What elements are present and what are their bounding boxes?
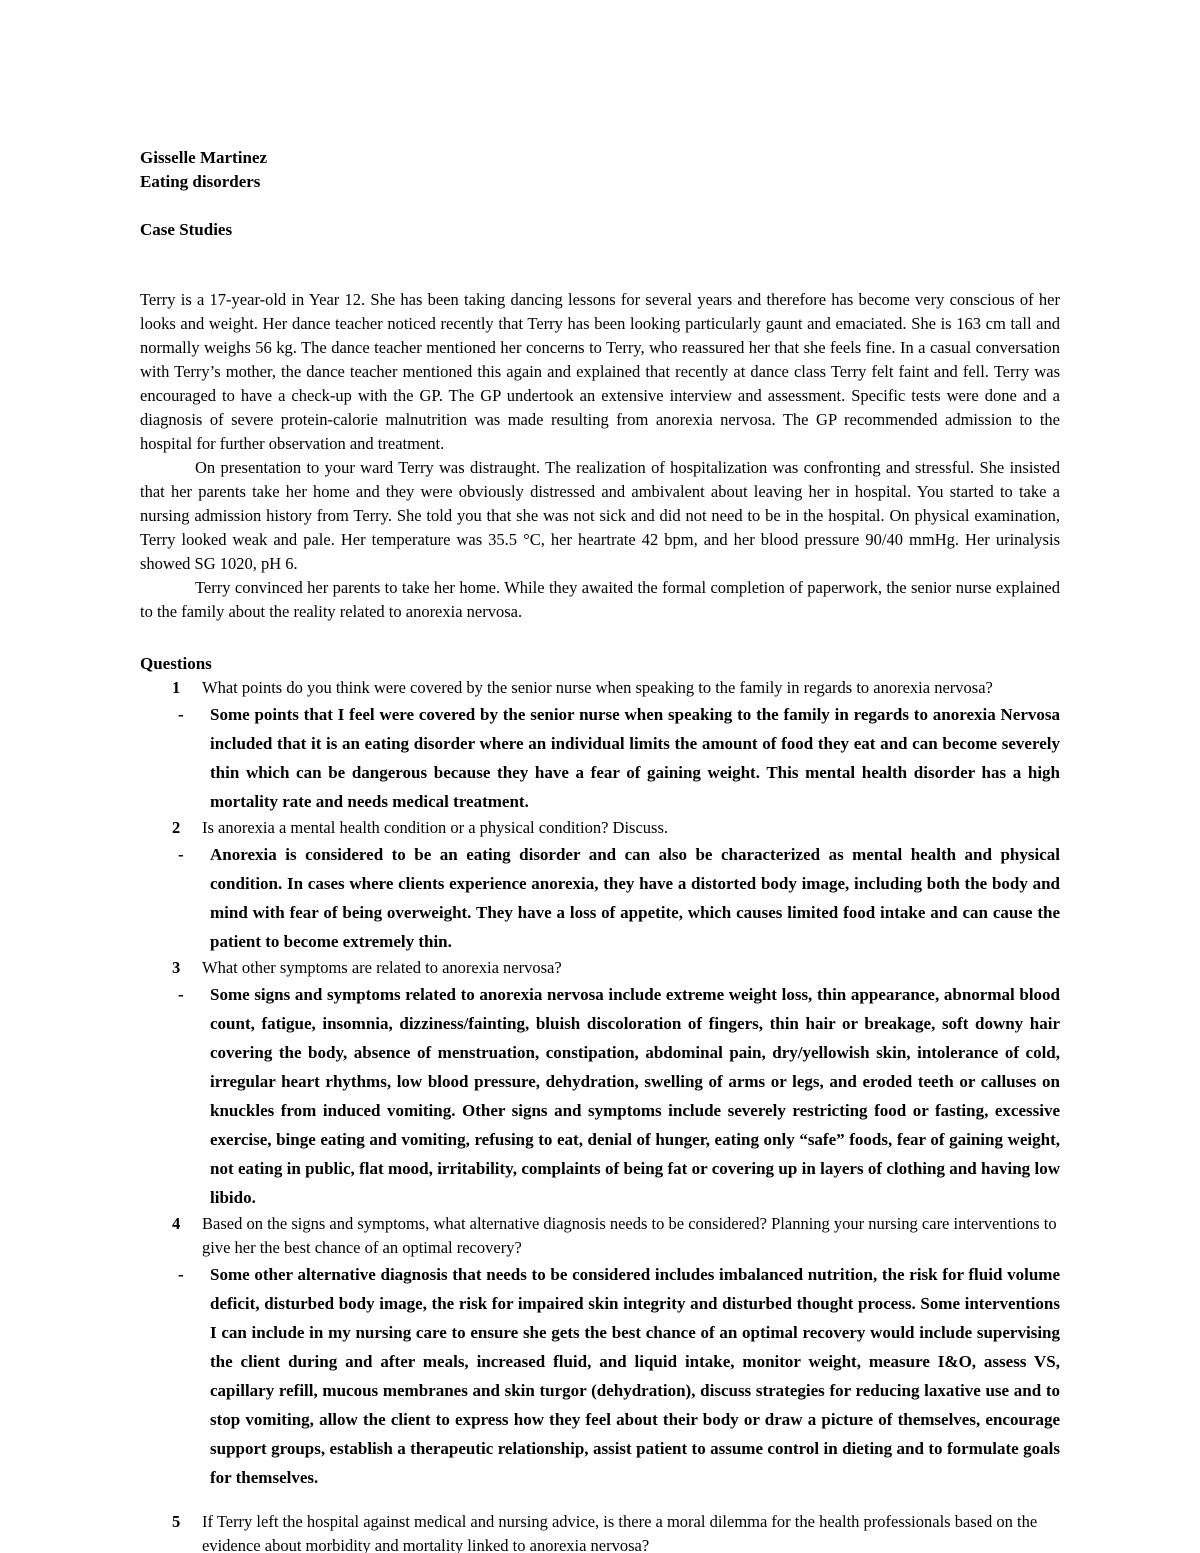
answer-text: Anorexia is considered to be an eating d… [210,840,1060,956]
question-row: 4 Based on the signs and symptoms, what … [140,1212,1060,1260]
question-number: 1 [172,676,202,700]
case-paragraph-1: Terry is a 17-year-old in Year 12. She h… [140,288,1060,456]
case-paragraph-3: Terry convinced her parents to take her … [140,576,1060,624]
question-item-3: 3 What other symptoms are related to ano… [140,956,1060,1212]
question-item-1: 1 What points do you think were covered … [140,676,1060,816]
question-number: 2 [172,816,202,840]
answer-text: Some points that I feel were covered by … [210,700,1060,816]
answer-text: Some signs and symptoms related to anore… [210,980,1060,1212]
question-text: What other symptoms are related to anore… [202,956,1060,980]
question-number: 4 [172,1212,202,1260]
question-row: 3 What other symptoms are related to ano… [140,956,1060,980]
answer-text: Some other alternative diagnosis that ne… [210,1260,1060,1492]
section-title: Case Studies [140,218,1060,242]
answer-marker: - [178,1260,210,1492]
document-content: Gisselle Martinez Eating disorders Case … [0,0,1200,1553]
questions-list: 1 What points do you think were covered … [140,676,1060,1553]
question-text: Is anorexia a mental health condition or… [202,816,1060,840]
question-row: 2 Is anorexia a mental health condition … [140,816,1060,840]
answer-marker: - [178,840,210,956]
question-item-5: 5 If Terry left the hospital against med… [140,1510,1060,1553]
question-item-2: 2 Is anorexia a mental health condition … [140,816,1060,956]
document-header: Gisselle Martinez Eating disorders [140,146,1060,194]
questions-heading: Questions [140,652,1060,676]
question-item-4: 4 Based on the signs and symptoms, what … [140,1212,1060,1492]
question-row: 5 If Terry left the hospital against med… [140,1510,1060,1553]
question-text: What points do you think were covered by… [202,676,1060,700]
answer-row: - Anorexia is considered to be an eating… [140,840,1060,956]
answer-row: - Some other alternative diagnosis that … [140,1260,1060,1492]
answer-marker: - [178,980,210,1212]
document-subtitle: Eating disorders [140,170,1060,194]
answer-marker: - [178,700,210,816]
case-study-text: Terry is a 17-year-old in Year 12. She h… [140,288,1060,624]
question-text: If Terry left the hospital against medic… [202,1510,1060,1553]
question-row: 1 What points do you think were covered … [140,676,1060,700]
case-paragraph-2: On presentation to your ward Terry was d… [140,456,1060,576]
answer-row: - Some signs and symptoms related to ano… [140,980,1060,1212]
document-page: Gisselle Martinez Eating disorders Case … [0,0,1200,1553]
author-name: Gisselle Martinez [140,146,1060,170]
question-number: 5 [172,1510,202,1553]
question-text: Based on the signs and symptoms, what al… [202,1212,1060,1260]
question-number: 3 [172,956,202,980]
answer-row: - Some points that I feel were covered b… [140,700,1060,816]
